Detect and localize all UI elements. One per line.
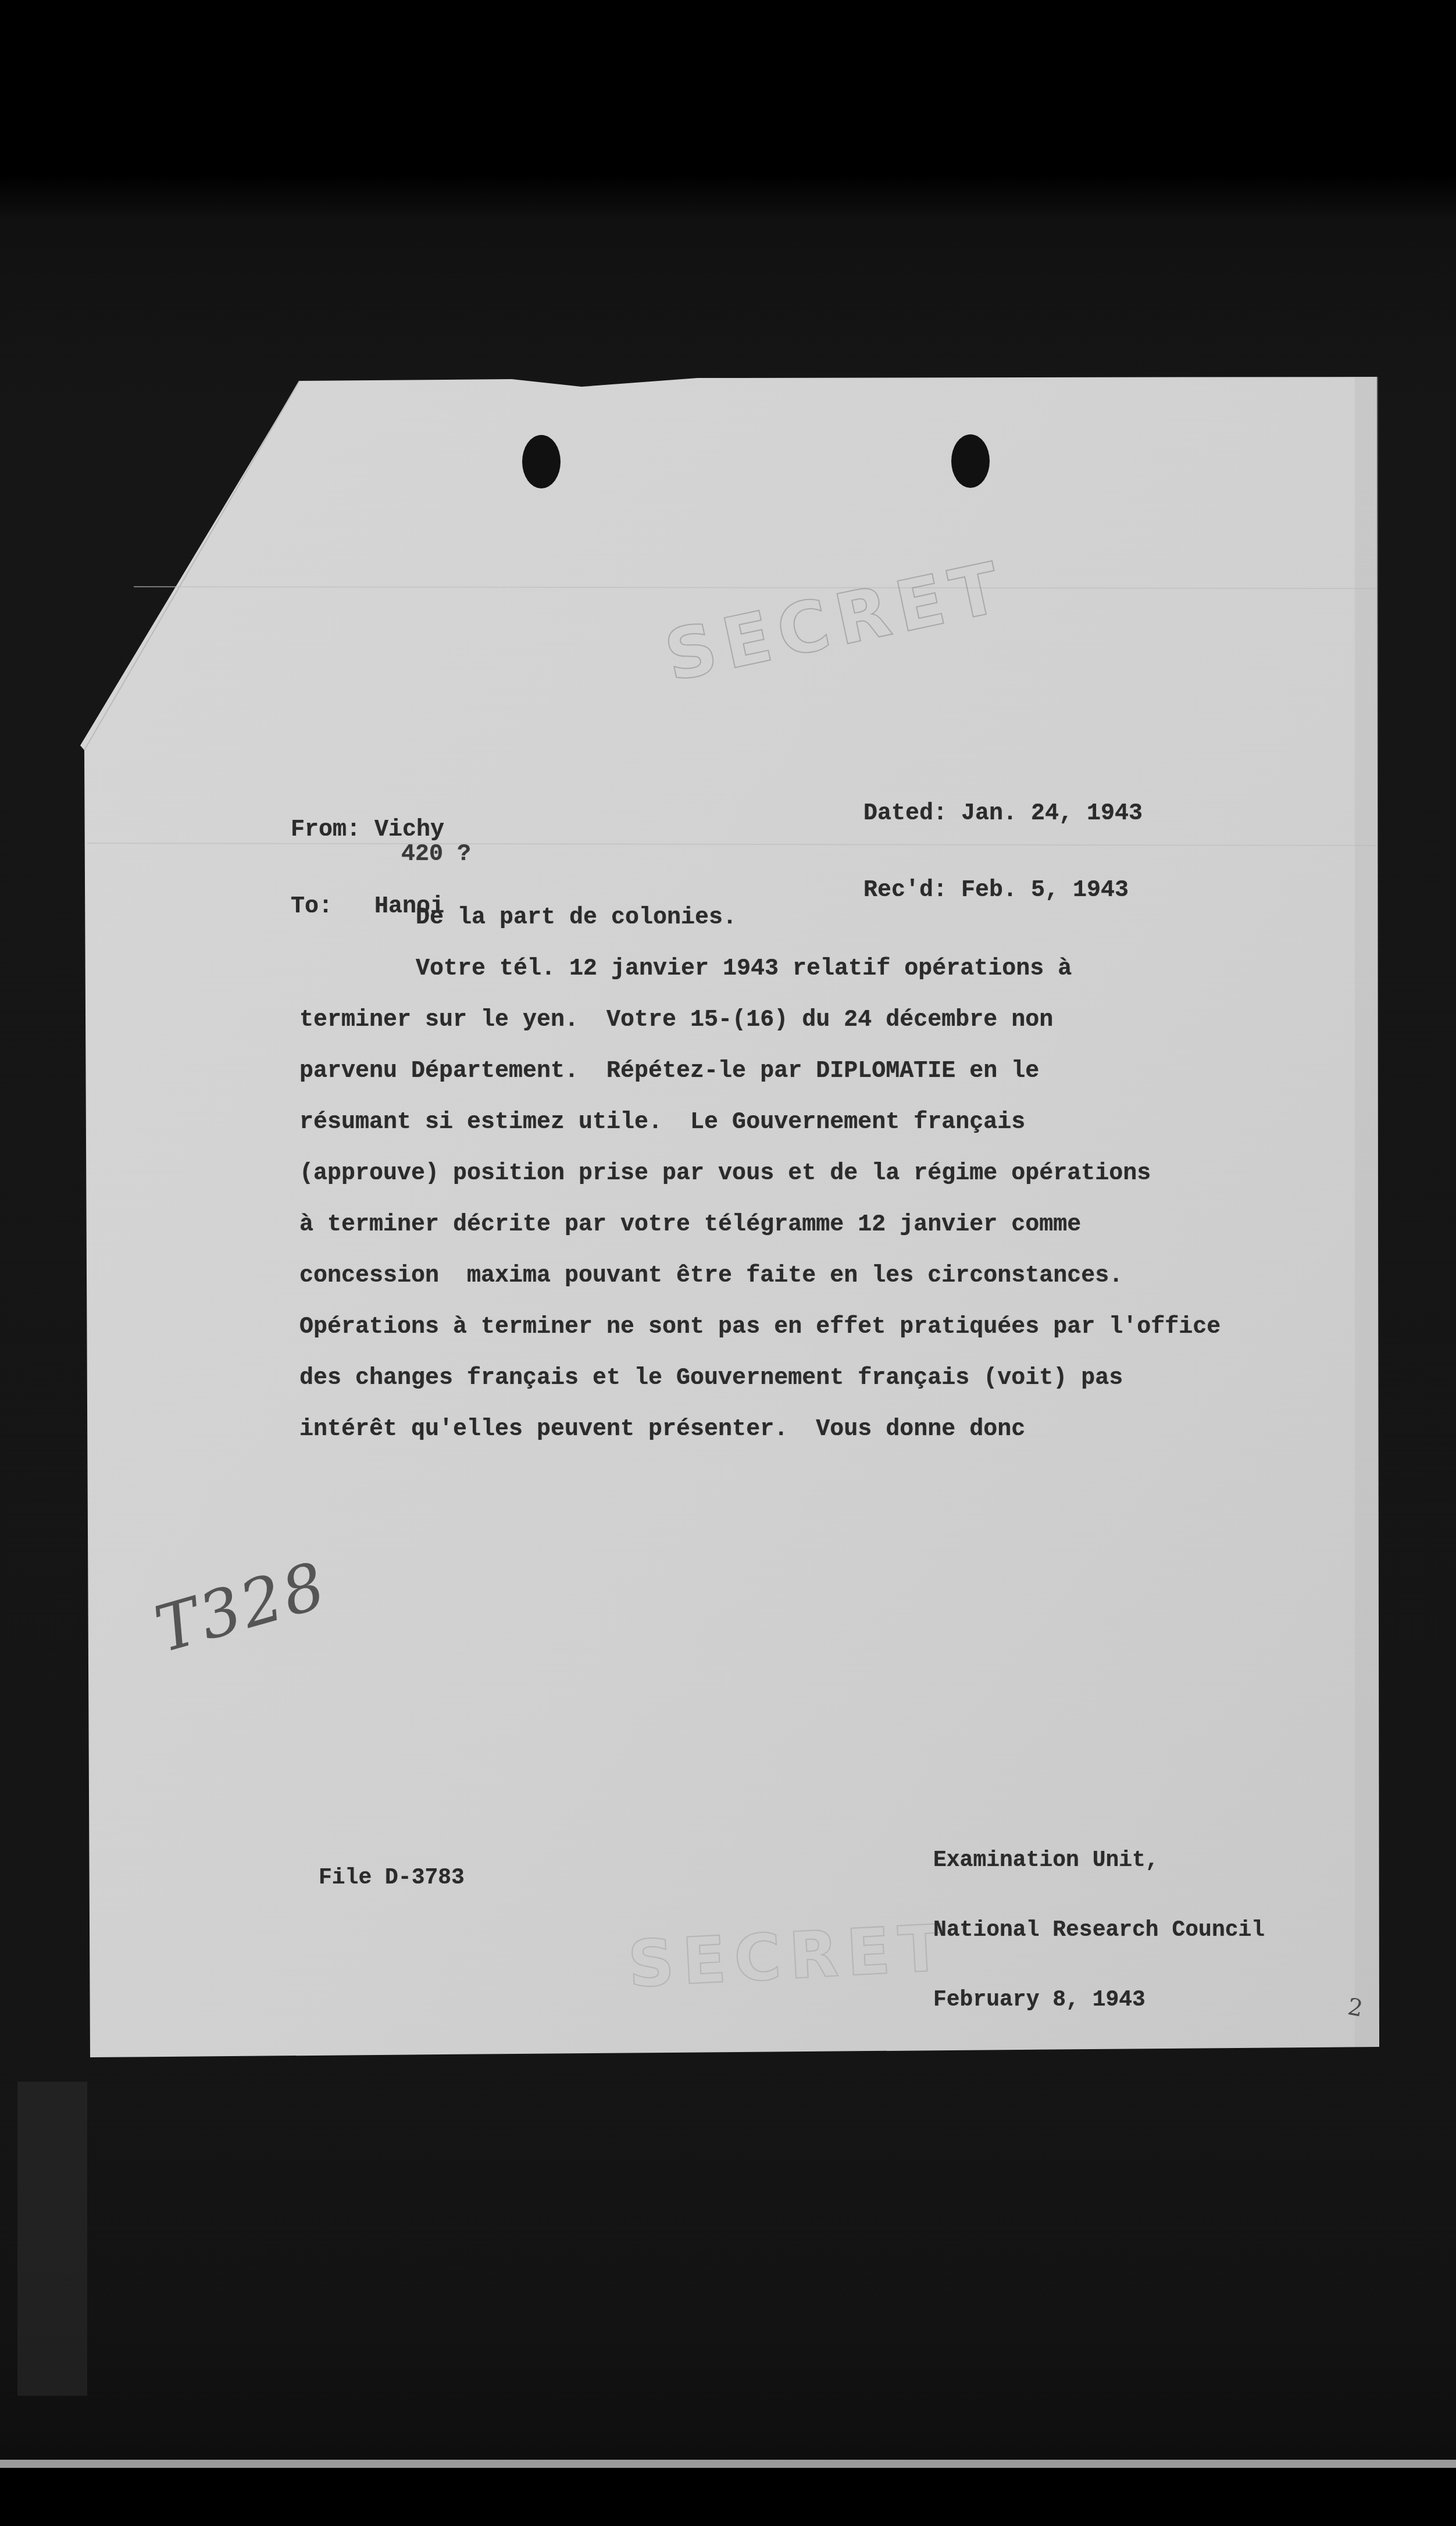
body-line: des changes français et le Gouvernement … [299, 1353, 1221, 1404]
examination-unit-signature: Examination Unit, National Research Coun… [933, 1803, 1265, 2058]
from-value: Vichy [374, 817, 444, 843]
body-line: De la part de colonies. [299, 893, 1221, 944]
dated-label: Dated: [863, 801, 947, 827]
unit-line: Examination Unit, [933, 1849, 1265, 1872]
punch-hole-left [522, 435, 561, 488]
body-line: (approuve) position prise par vous et de… [299, 1148, 1221, 1200]
body-line: Votre tél. 12 janvier 1943 relatif opéra… [299, 944, 1221, 995]
unit-line: National Research Council [933, 1919, 1265, 1942]
body-line: résumant si estimez utile. Le Gouverneme… [299, 1097, 1221, 1148]
body-line: Opérations à terminer ne sont pas en eff… [299, 1302, 1221, 1353]
document-page: SECRET SECRET From: Vichy To: Hanoi Date… [0, 0, 1456, 2526]
body-line: concession maxima pouvant être faite en … [299, 1251, 1221, 1302]
from-label: From: [291, 817, 361, 843]
punch-hole-right [951, 434, 990, 488]
from-line: From: Vichy [291, 818, 444, 843]
body-line: terminer sur le yen. Votre 15-(16) du 24… [299, 995, 1221, 1046]
dated-value: Jan. 24, 1943 [961, 801, 1143, 827]
body-line: parvenu Département. Répétez-le par DIPL… [299, 1046, 1221, 1097]
file-number: File D-3783 [319, 1865, 465, 1891]
body-line: intérêt qu'elles peuvent présenter. Vous… [299, 1404, 1221, 1455]
dated-line: Dated: Jan. 24, 1943 [863, 801, 1143, 827]
telegram-body: De la part de colonies. Votre tél. 12 ja… [299, 893, 1221, 1455]
unit-line: February 8, 1943 [933, 1989, 1265, 2012]
body-line: à terminer décrite par votre télégramme … [299, 1200, 1221, 1251]
telegram-reference-number: 420 ? [401, 842, 471, 868]
